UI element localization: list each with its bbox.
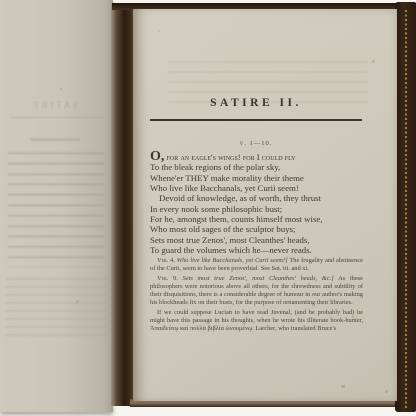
- showthrough-footnote-lines: [6, 278, 106, 338]
- foxing-spot: [385, 390, 388, 393]
- poem-line: For he, amongst them, counts himself mos…: [150, 214, 323, 224]
- poem-line: Devoid of knowledge, as of worth, they t…: [150, 193, 323, 203]
- gutter-shadow: [111, 4, 135, 406]
- footnote: Ver. 4. Who live like Bacchanals, yet Cu…: [150, 257, 363, 273]
- footnote-lemma: Who live like Bacchanals, yet Curii seem…: [177, 257, 288, 264]
- poem-line: Who live like Bacchanals, yet Curii seem…: [150, 183, 323, 193]
- foxing-spot: [158, 30, 160, 32]
- poem: O, for an eagle's wings! for I could fly…: [150, 152, 323, 255]
- poem-line: To the bleak regions of the polar sky,: [150, 162, 323, 172]
- footnote-text: If we could suppose Lucian to have read …: [150, 309, 363, 332]
- poem-line: Whene'er THEY make morality their theme: [150, 173, 323, 183]
- leather-cover-edge: [395, 2, 416, 412]
- footnote: Ver. 9. Sets most true Zenos', most Clea…: [150, 275, 363, 307]
- footnote-label: Ver. 9.: [157, 275, 178, 282]
- printed-page: SATIRE II. v. 1—10. O, for an eagle's wi…: [133, 9, 397, 401]
- footnotes: Ver. 4. Who live like Bacchanals, yet Cu…: [150, 257, 363, 334]
- poem-line: Sets most true Zenos', most Cleanthes' h…: [150, 235, 323, 245]
- footnote-lemma: Sets most true Zenos', most Cleanthes' h…: [183, 275, 334, 282]
- showthrough-verse-ref: [30, 138, 80, 141]
- showthrough-rule: [10, 117, 102, 118]
- foxing-spot: [76, 300, 79, 303]
- showthrough-text-lines: [8, 152, 104, 267]
- foxing-spot: [60, 88, 62, 90]
- poem-line: To guard the volumes which he—never read…: [150, 245, 323, 255]
- book-photo: SATIRE SATIRE II. v. 1—10. O, for an eag…: [0, 0, 416, 416]
- poem-line: Who most old sages of the sculptor buys;: [150, 224, 323, 234]
- poem-line: O, for an eagle's wings! for I could fly: [150, 152, 323, 162]
- foxing-spot: [352, 316, 354, 318]
- footnote-label: Ver. 4.: [157, 257, 175, 264]
- gilt-ornament: [405, 10, 407, 408]
- showthrough-heading: SATIRE: [4, 100, 104, 110]
- facing-page: SATIRE: [0, 0, 113, 412]
- poem-line: In every nook some philosophic bust;: [150, 204, 323, 214]
- footnote: If we could suppose Lucian to have read …: [150, 309, 363, 333]
- heading-rule: [150, 119, 362, 121]
- foxing-spot: [372, 60, 375, 63]
- foxing-spot: [341, 385, 345, 388]
- verse-reference: v. 1—10.: [148, 140, 364, 147]
- satire-heading: SATIRE II.: [148, 97, 364, 109]
